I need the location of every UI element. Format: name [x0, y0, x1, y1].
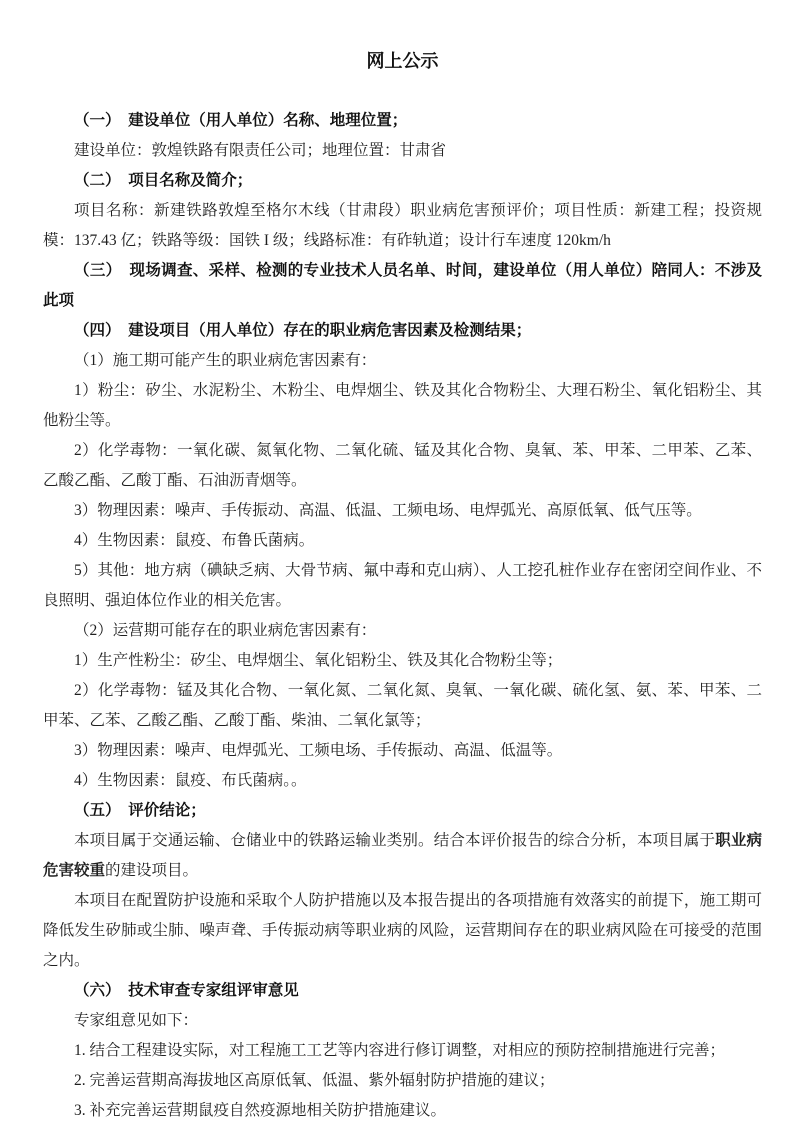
text-run: 建设单位：敦煌铁路有限责任公司；地理位置：甘肃省: [74, 142, 446, 159]
paragraph: （2）运营期可能存在的职业病危害因素有：: [43, 616, 762, 646]
text-run: 5）其他：地方病（碘缺乏病、大骨节病、氟中毒和克山病）、人工挖孔桩作业存在密闭空…: [43, 562, 762, 609]
text-run: 3）物理因素：噪声、电焊弧光、工频电场、手传振动、高温、低温等。: [74, 742, 562, 759]
text-run: 3）物理因素：噪声、手传振动、高温、低温、工频电场、电焊弧光、高原低氧、低气压等…: [74, 502, 702, 519]
paragraph: 2）化学毒物：一氧化碳、氮氧化物、二氧化硫、锰及其化合物、臭氧、苯、甲苯、二甲苯…: [43, 436, 762, 496]
document-page: 网上公示 （一） 建设单位（用人单位）名称、地理位置；建设单位：敦煌铁路有限责任…: [0, 0, 800, 1131]
paragraph: 5）其他：地方病（碘缺乏病、大骨节病、氟中毒和克山病）、人工挖孔桩作业存在密闭空…: [43, 556, 762, 616]
text-run: （五） 评价结论；: [74, 802, 206, 819]
text-run: 2. 完善运营期高海拔地区高原低氧、低温、紫外辐射防护措施的建议；: [74, 1072, 555, 1089]
section-heading: （二） 项目名称及简介；: [43, 166, 762, 196]
text-run: 4）生物因素：鼠疫、布氏菌病。。: [74, 772, 307, 789]
paragraph: 专家组意见如下：: [43, 1006, 762, 1036]
text-run: （四） 建设项目（用人单位）存在的职业病危害因素及检测结果；: [74, 322, 531, 339]
text-run: （1）施工期可能产生的职业病危害因素有：: [74, 352, 376, 369]
document-body: （一） 建设单位（用人单位）名称、地理位置；建设单位：敦煌铁路有限责任公司；地理…: [43, 106, 762, 1126]
text-run: 专家组意见如下：: [74, 1012, 198, 1029]
paragraph: 3）物理因素：噪声、手传振动、高温、低温、工频电场、电焊弧光、高原低氧、低气压等…: [43, 496, 762, 526]
paragraph: 1. 结合工程建设实际，对工程施工工艺等内容进行修订调整，对相应的预防控制措施进…: [43, 1036, 762, 1066]
section-heading: （三） 现场调查、采样、检测的专业技术人员名单、时间，建设单位（用人单位）陪同人…: [43, 256, 762, 316]
text-run: 本项目属于交通运输、仓储业中的铁路运输业类别。结合本评价报告的综合分析，本项目属…: [74, 832, 715, 849]
text-run: （六） 技术审查专家组评审意见: [74, 982, 299, 999]
text-run: （三） 现场调查、采样、检测的专业技术人员名单、时间，建设单位（用人单位）陪同人…: [43, 262, 762, 309]
section-heading: （一） 建设单位（用人单位）名称、地理位置；: [43, 106, 762, 136]
section-heading: （四） 建设项目（用人单位）存在的职业病危害因素及检测结果；: [43, 316, 762, 346]
paragraph: 项目名称：新建铁路敦煌至格尔木线（甘肃段）职业病危害预评价；项目性质：新建工程；…: [43, 196, 762, 256]
paragraph: 3）物理因素：噪声、电焊弧光、工频电场、手传振动、高温、低温等。: [43, 736, 762, 766]
text-run: （一） 建设单位（用人单位）名称、地理位置；: [74, 112, 407, 129]
paragraph: 3. 补充完善运营期鼠疫自然疫源地相关防护措施建议。: [43, 1096, 762, 1126]
paragraph: 2. 完善运营期高海拔地区高原低氧、低温、紫外辐射防护措施的建议；: [43, 1066, 762, 1096]
text-run: 的建设项目。: [105, 862, 198, 879]
paragraph: 本项目属于交通运输、仓储业中的铁路运输业类别。结合本评价报告的综合分析，本项目属…: [43, 826, 762, 886]
text-run: 1. 结合工程建设实际，对工程施工工艺等内容进行修订调整，对相应的预防控制措施进…: [74, 1042, 725, 1059]
section-heading: （五） 评价结论；: [43, 796, 762, 826]
text-run: 1）粉尘：矽尘、水泥粉尘、木粉尘、电焊烟尘、铁及其化合物粉尘、大理石粉尘、氧化铝…: [43, 382, 762, 429]
text-run: 1）生产性粉尘：矽尘、电焊烟尘、氧化铝粉尘、铁及其化合物粉尘等；: [74, 652, 562, 669]
paragraph: 建设单位：敦煌铁路有限责任公司；地理位置：甘肃省: [43, 136, 762, 166]
text-run: 3. 补充完善运营期鼠疫自然疫源地相关防护措施建议。: [74, 1102, 446, 1119]
paragraph: 4）生物因素：鼠疫、布氏菌病。。: [43, 766, 762, 796]
text-run: 4）生物因素：鼠疫、布鲁氏菌病。: [74, 532, 314, 549]
paragraph: 2）化学毒物：锰及其化合物、一氧化氮、二氧化氮、臭氧、一氧化碳、硫化氢、氨、苯、…: [43, 676, 762, 736]
text-run: （二） 项目名称及简介；: [74, 172, 252, 189]
text-run: 本项目在配置防护设施和采取个人防护措施以及本报告提出的各项措施有效落实的前提下，…: [43, 892, 762, 969]
text-run: 项目名称：新建铁路敦煌至格尔木线（甘肃段）职业病危害预评价；项目性质：新建工程；…: [43, 202, 762, 249]
paragraph: 1）生产性粉尘：矽尘、电焊烟尘、氧化铝粉尘、铁及其化合物粉尘等；: [43, 646, 762, 676]
paragraph: 本项目在配置防护设施和采取个人防护措施以及本报告提出的各项措施有效落实的前提下，…: [43, 886, 762, 976]
paragraph: 4）生物因素：鼠疫、布鲁氏菌病。: [43, 526, 762, 556]
paragraph: （1）施工期可能产生的职业病危害因素有：: [43, 346, 762, 376]
paragraph: 1）粉尘：矽尘、水泥粉尘、木粉尘、电焊烟尘、铁及其化合物粉尘、大理石粉尘、氧化铝…: [43, 376, 762, 436]
text-run: 2）化学毒物：锰及其化合物、一氧化氮、二氧化氮、臭氧、一氧化碳、硫化氢、氨、苯、…: [43, 682, 762, 729]
section-heading: （六） 技术审查专家组评审意见: [43, 976, 762, 1006]
text-run: （2）运营期可能存在的职业病危害因素有：: [74, 622, 376, 639]
text-run: 2）化学毒物：一氧化碳、氮氧化物、二氧化硫、锰及其化合物、臭氧、苯、甲苯、二甲苯…: [43, 442, 762, 489]
document-title: 网上公示: [43, 46, 762, 76]
